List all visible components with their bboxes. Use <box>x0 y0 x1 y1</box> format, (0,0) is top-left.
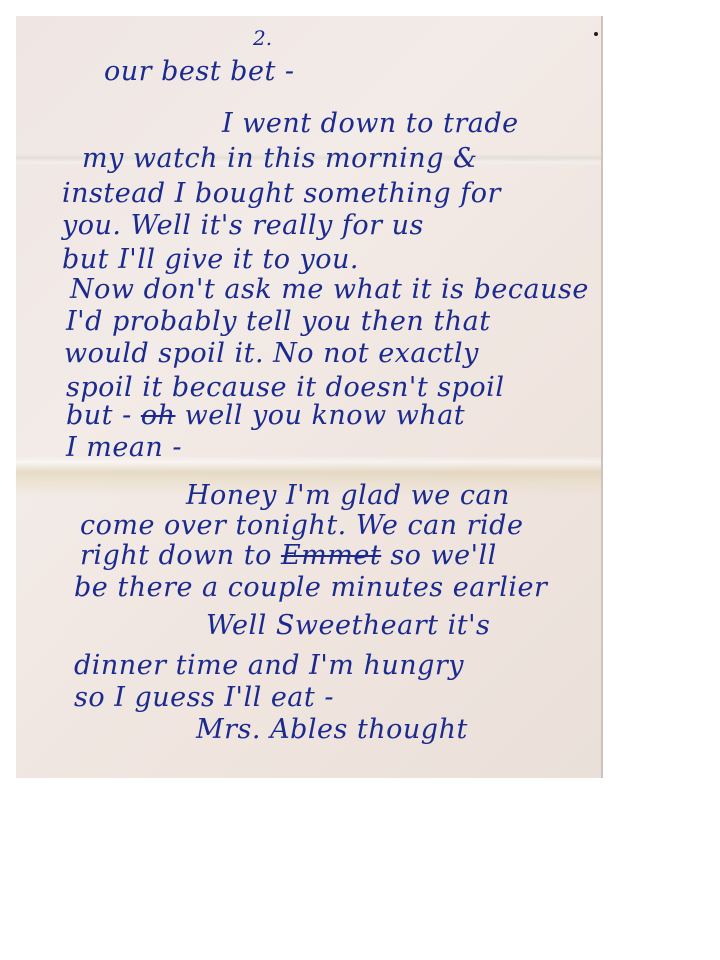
struck-out-word: oh <box>141 400 176 431</box>
handwritten-line: but I'll give it to you. <box>62 246 359 273</box>
line-text: I'd probably tell you then that <box>66 306 491 337</box>
handwritten-line: my watch in this morning & <box>82 145 478 172</box>
handwritten-line: come over tonight. We can ride <box>80 512 523 539</box>
line-text: but - <box>66 400 132 431</box>
handwritten-line: would spoil it. No not exactly <box>64 340 479 367</box>
line-text: I went down to trade <box>222 108 519 139</box>
handwritten-line: spoil it because it doesn't spoil <box>66 374 504 401</box>
scan-canvas: 2. our best bet -I went down to trademy … <box>0 0 720 960</box>
line-text: you. Well it's really for us <box>62 210 424 241</box>
handwritten-line: be there a couple minutes earlier <box>74 574 547 601</box>
line-text: Mrs. Ables thought <box>196 714 468 745</box>
handwritten-line: I'd probably tell you then that <box>66 308 491 335</box>
line-text-continued: well you know what <box>185 400 466 431</box>
handwritten-line: right down to Emmet so we'll <box>80 542 497 569</box>
ink-speck <box>594 32 598 36</box>
handwritten-line: you. Well it's really for us <box>62 212 424 239</box>
handwritten-line: I went down to trade <box>222 110 519 137</box>
line-text: Now don't ask me what it is because <box>70 274 589 305</box>
handwritten-line: instead I bought something for <box>62 180 501 207</box>
line-text: be there a couple minutes earlier <box>74 572 547 603</box>
handwritten-line: but - oh well you know what <box>66 402 465 429</box>
struck-out-word: Emmet <box>281 540 381 571</box>
handwritten-line: dinner time and I'm hungry <box>74 652 464 679</box>
line-text: Honey I'm glad we can <box>186 480 510 511</box>
page-number: 2. <box>253 26 272 50</box>
line-text: I mean - <box>66 432 182 463</box>
handwritten-line: Mrs. Ables thought <box>196 716 468 743</box>
line-text: so I guess I'll eat - <box>74 682 334 713</box>
handwritten-line: Well Sweetheart it's <box>206 612 490 639</box>
line-text: instead I bought something for <box>62 178 501 209</box>
line-text: our best bet - <box>104 56 295 87</box>
handwritten-line: Honey I'm glad we can <box>186 482 510 509</box>
line-text: come over tonight. We can ride <box>80 510 523 541</box>
line-text: spoil it because it doesn't spoil <box>66 372 504 403</box>
line-text: right down to <box>80 540 272 571</box>
handwritten-line: Now don't ask me what it is because <box>70 276 589 303</box>
line-text: but I'll give it to you. <box>62 244 359 275</box>
line-text: Well Sweetheart it's <box>206 610 490 641</box>
handwritten-line: our best bet - <box>104 58 295 85</box>
line-text: my watch in this morning & <box>82 143 478 174</box>
line-text: dinner time and I'm hungry <box>74 650 464 681</box>
handwritten-line: so I guess I'll eat - <box>74 684 334 711</box>
line-text-continued: so we'll <box>390 540 496 571</box>
line-text: would spoil it. No not exactly <box>64 338 479 369</box>
handwritten-line: I mean - <box>66 434 182 461</box>
